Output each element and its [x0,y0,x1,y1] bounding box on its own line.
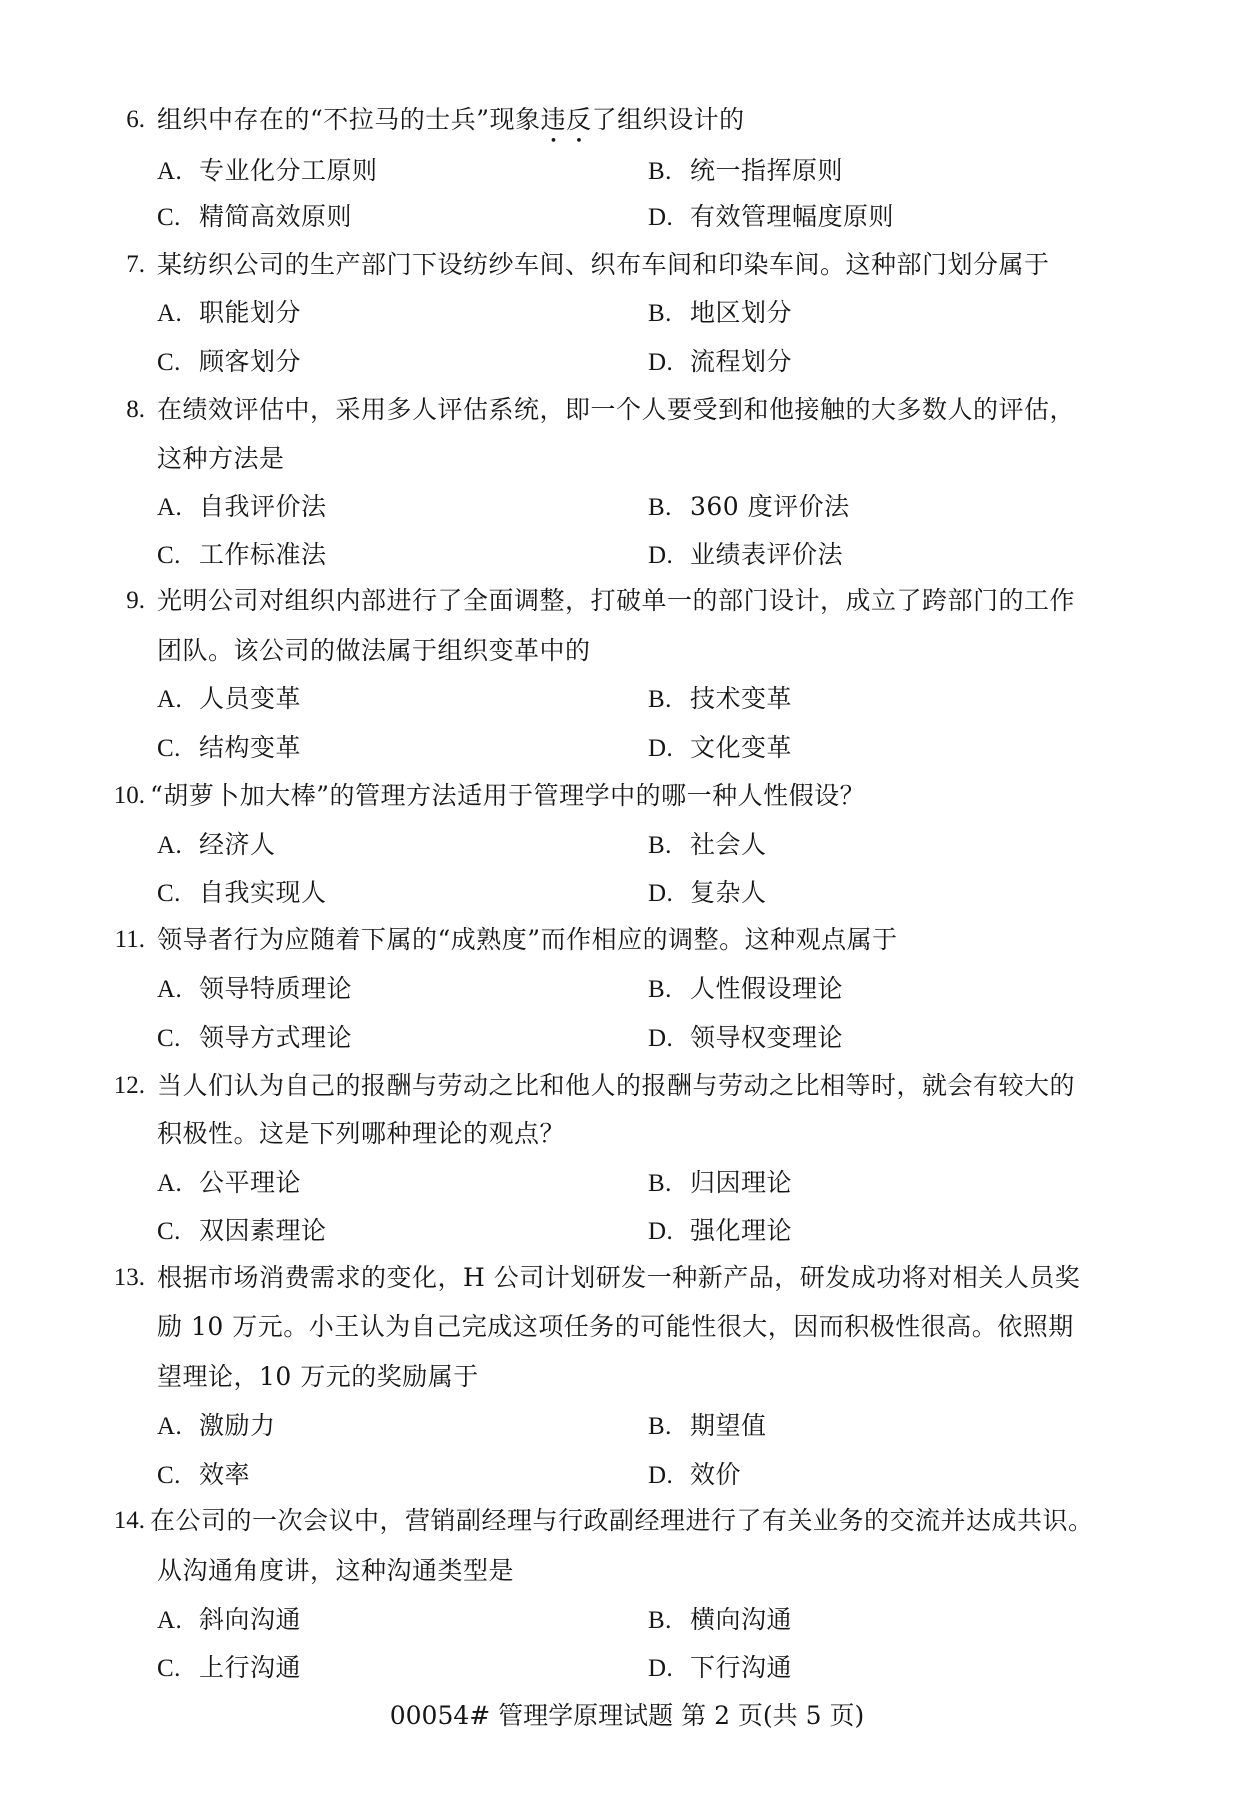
question-number: 6. [85,105,145,135]
option-c: C.上行沟通 [157,1653,301,1684]
option-label: B. [648,157,690,187]
option-b: B.人性假设理论 [648,974,843,1005]
question-stem-line-3: 望理论，10 万元的奖励属于 [157,1362,479,1392]
option-label: A. [157,493,199,523]
option-label: C. [157,1461,199,1491]
option-a: A.领导特质理论 [157,974,352,1005]
question-stem-line-1: 当人们认为自己的报酬与劳动之比和他人的报酬与劳动之比相等时，就会有较大的 [157,1071,1075,1101]
option-text: 领导特质理论 [199,974,352,1003]
option-b: B.统一指挥原则 [648,156,843,187]
question-stem: 某纺织公司的生产部门下设纺纱车间、织布车间和印染车间。这种部门划分属于 [157,250,1050,280]
question-number: 8. [85,395,145,425]
option-label: A. [157,1412,199,1442]
option-d: D.强化理论 [648,1216,792,1247]
question-stem: 组织中存在的“不拉马的士兵”现象违反了组织设计的 [157,105,745,149]
question-stem: “胡萝卜加大棒”的管理方法适用于管理学中的哪一种人性假设？ [150,781,865,811]
option-text: 流程划分 [690,347,792,376]
option-label: D. [648,203,690,233]
option-label: D. [648,1217,690,1247]
option-c: C.工作标准法 [157,540,327,571]
option-a: A.斜向沟通 [157,1605,301,1636]
option-label: B. [648,975,690,1005]
option-b: B.期望值 [648,1411,767,1442]
option-a: A.激励力 [157,1411,276,1442]
option-label: D. [648,1461,690,1491]
option-b: B.归因理论 [648,1168,792,1199]
option-label: B. [648,493,690,523]
option-label: A. [157,1606,199,1636]
option-label: D. [648,541,690,571]
option-label: D. [648,1024,690,1054]
stem-part: 了组织设计的 [592,105,745,134]
question-number: 11. [85,925,145,955]
option-label: B. [648,1169,690,1199]
option-label: A. [157,831,199,861]
question-stem-line-1: 根据市场消费需求的变化，H 公司计划研发一种新产品，研发成功将对相关人员奖 [157,1263,1080,1293]
option-text: 自我实现人 [199,878,327,907]
option-label: B. [648,1412,690,1442]
option-label: A. [157,157,199,187]
option-text: 复杂人 [690,878,767,907]
option-label: C. [157,1654,199,1684]
option-label: D. [648,879,690,909]
question-stem-line-1: 在绩效评估中，采用多人评估系统，即一个人要受到和他接触的大多数人的评估， [157,395,1075,425]
option-text: 经济人 [199,830,276,859]
option-d: D.复杂人 [648,878,767,909]
option-text: 地区划分 [690,298,792,327]
option-d: D.领导权变理论 [648,1023,843,1054]
question-stem-line-2: 积极性。这是下列哪种理论的观点？ [157,1119,565,1149]
question-stem-line-2: 团队。该公司的做法属于组织变革中的 [157,636,591,666]
question-number: 9. [85,586,145,616]
question-stem-line-1: 在公司的一次会议中，营销副经理与行政副经理进行了有关业务的交流并达成共识。 [150,1506,1094,1536]
option-b: B.360 度评价法 [648,492,850,523]
question-number: 14. [85,1506,145,1536]
option-text: 领导权变理论 [690,1023,843,1052]
option-label: A. [157,685,199,715]
option-text: 结构变革 [199,733,301,762]
option-label: A. [157,299,199,329]
option-text: 职能划分 [199,298,301,327]
option-text: 统一指挥原则 [690,156,843,185]
option-text: 强化理论 [690,1216,792,1245]
option-label: C. [157,1217,199,1247]
option-text: 人员变革 [199,684,301,713]
option-text: 双因素理论 [199,1216,327,1245]
question-stem-line-2: 这种方法是 [157,444,285,474]
option-a: A.人员变革 [157,684,301,715]
question-stem-line-2: 从沟通角度讲，这种沟通类型是 [157,1556,514,1586]
option-b: B.技术变革 [648,684,792,715]
option-text: 下行沟通 [690,1653,792,1682]
option-c: C.自我实现人 [157,878,327,909]
option-label: D. [648,348,690,378]
option-a: A.职能划分 [157,298,301,329]
option-b: B.横向沟通 [648,1605,792,1636]
option-label: B. [648,831,690,861]
option-label: C. [157,203,199,233]
page-footer: 00054# 管理学原理试题 第 2 页(共 5 页) [0,1701,1254,1731]
option-text: 业绩表评价法 [690,540,843,569]
option-a: A.专业化分工原则 [157,156,378,187]
option-b: B.社会人 [648,830,767,861]
option-text: 工作标准法 [199,540,327,569]
option-text: 文化变革 [690,733,792,762]
option-label: B. [648,685,690,715]
option-a: A.自我评价法 [157,492,327,523]
option-text: 期望值 [690,1411,767,1440]
option-d: D.流程划分 [648,347,792,378]
option-text: 精简高效原则 [199,202,352,231]
option-a: A.经济人 [157,830,276,861]
question-number: 10. [85,781,145,811]
option-label: C. [157,348,199,378]
option-label: C. [157,734,199,764]
option-a: A.公平理论 [157,1168,301,1199]
option-text: 顾客划分 [199,347,301,376]
option-text: 上行沟通 [199,1653,301,1682]
option-text: 自我评价法 [199,492,327,521]
option-text: 激励力 [199,1411,276,1440]
option-c: C.精简高效原则 [157,202,352,233]
option-c: C.领导方式理论 [157,1023,352,1054]
option-text: 归因理论 [690,1168,792,1197]
option-label: C. [157,1024,199,1054]
option-text: 专业化分工原则 [199,156,378,185]
option-text: 技术变革 [690,684,792,713]
question-number: 7. [85,250,145,280]
option-text: 效价 [690,1460,741,1489]
option-label: C. [157,541,199,571]
option-d: D.业绩表评价法 [648,540,843,571]
question-stem: 领导者行为应随着下属的“成熟度”而作相应的调整。这种观点属于 [157,925,898,955]
option-label: A. [157,975,199,1005]
emphasized-text: 违反 [541,105,592,134]
option-text: 领导方式理论 [199,1023,352,1052]
option-text: 360 度评价法 [690,492,850,521]
question-stem-line-1: 光明公司对组织内部进行了全面调整，打破单一的部门设计，成立了跨部门的工作 [157,586,1075,616]
option-label: A. [157,1169,199,1199]
option-text: 效率 [199,1460,250,1489]
option-label: B. [648,1606,690,1636]
option-text: 公平理论 [199,1168,301,1197]
stem-part: 组织中存在的“不拉马的士兵”现象 [157,105,541,134]
question-number: 12. [85,1071,145,1101]
option-c: C.效率 [157,1460,250,1491]
option-d: D.下行沟通 [648,1653,792,1684]
option-text: 横向沟通 [690,1605,792,1634]
option-text: 斜向沟通 [199,1605,301,1634]
option-d: D.文化变革 [648,733,792,764]
option-text: 有效管理幅度原则 [690,202,894,231]
option-label: D. [648,734,690,764]
option-c: C.顾客划分 [157,347,301,378]
option-text: 人性假设理论 [690,974,843,1003]
option-label: D. [648,1654,690,1684]
question-number: 13. [85,1263,145,1293]
question-stem-line-2: 励 10 万元。小王认为自己完成这项任务的可能性很大，因而积极性很高。依照期 [157,1312,1074,1342]
option-b: B.地区划分 [648,298,792,329]
option-text: 社会人 [690,830,767,859]
option-c: C.双因素理论 [157,1216,327,1247]
option-d: D.效价 [648,1460,741,1491]
option-label: C. [157,879,199,909]
option-c: C.结构变革 [157,733,301,764]
option-d: D.有效管理幅度原则 [648,202,894,233]
option-label: B. [648,299,690,329]
